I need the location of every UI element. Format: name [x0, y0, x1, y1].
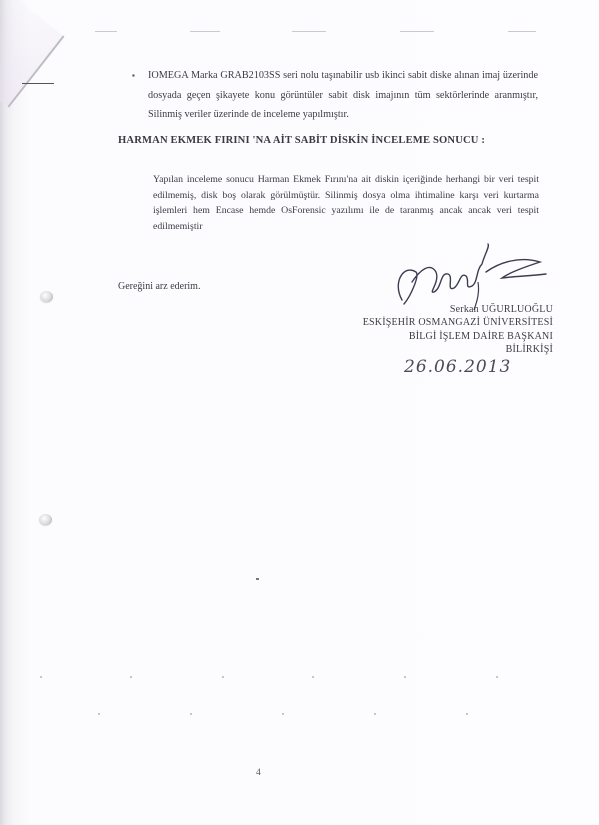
section-heading: HARMAN EKMEK FIRINI 'NA AİT SABİT DİSKİN…: [118, 135, 485, 146]
scan-speck: [256, 578, 259, 580]
top-scan-artifacts: [0, 31, 599, 35]
signatory-department: BİLGİ İŞLEM DAİRE BAŞKANI: [363, 330, 553, 343]
signatory-institution: ESKİŞEHİR OSMANGAZİ ÜNİVERSİTESİ: [363, 316, 553, 329]
margin-mark: [22, 83, 54, 84]
closing-line: Gereğini arz ederim.: [118, 281, 200, 292]
signatory-role: BİLİRKİŞİ: [363, 343, 553, 356]
punch-hole-icon: [39, 514, 52, 525]
signatory-name: Serkan UĞURLUOĞLU: [363, 303, 553, 316]
bullet-paragraph-text: IOMEGA Marka GRAB2103SS seri nolu taşına…: [148, 70, 538, 120]
punch-hole-icon: [40, 291, 53, 302]
page-number: 4: [256, 768, 261, 778]
bullet-icon: ▪: [132, 66, 135, 86]
handwritten-date: 26.06.2013: [404, 357, 511, 377]
signature-icon: [390, 242, 550, 312]
signature-block: Serkan UĞURLUOĞLU ESKİŞEHİR OSMANGAZİ ÜN…: [363, 303, 553, 356]
bullet-paragraph: ▪ IOMEGA Marka GRAB2103SS seri nolu taşı…: [148, 66, 538, 125]
section-body: Yapılan inceleme sonucu Harman Ekmek Fır…: [153, 172, 539, 234]
